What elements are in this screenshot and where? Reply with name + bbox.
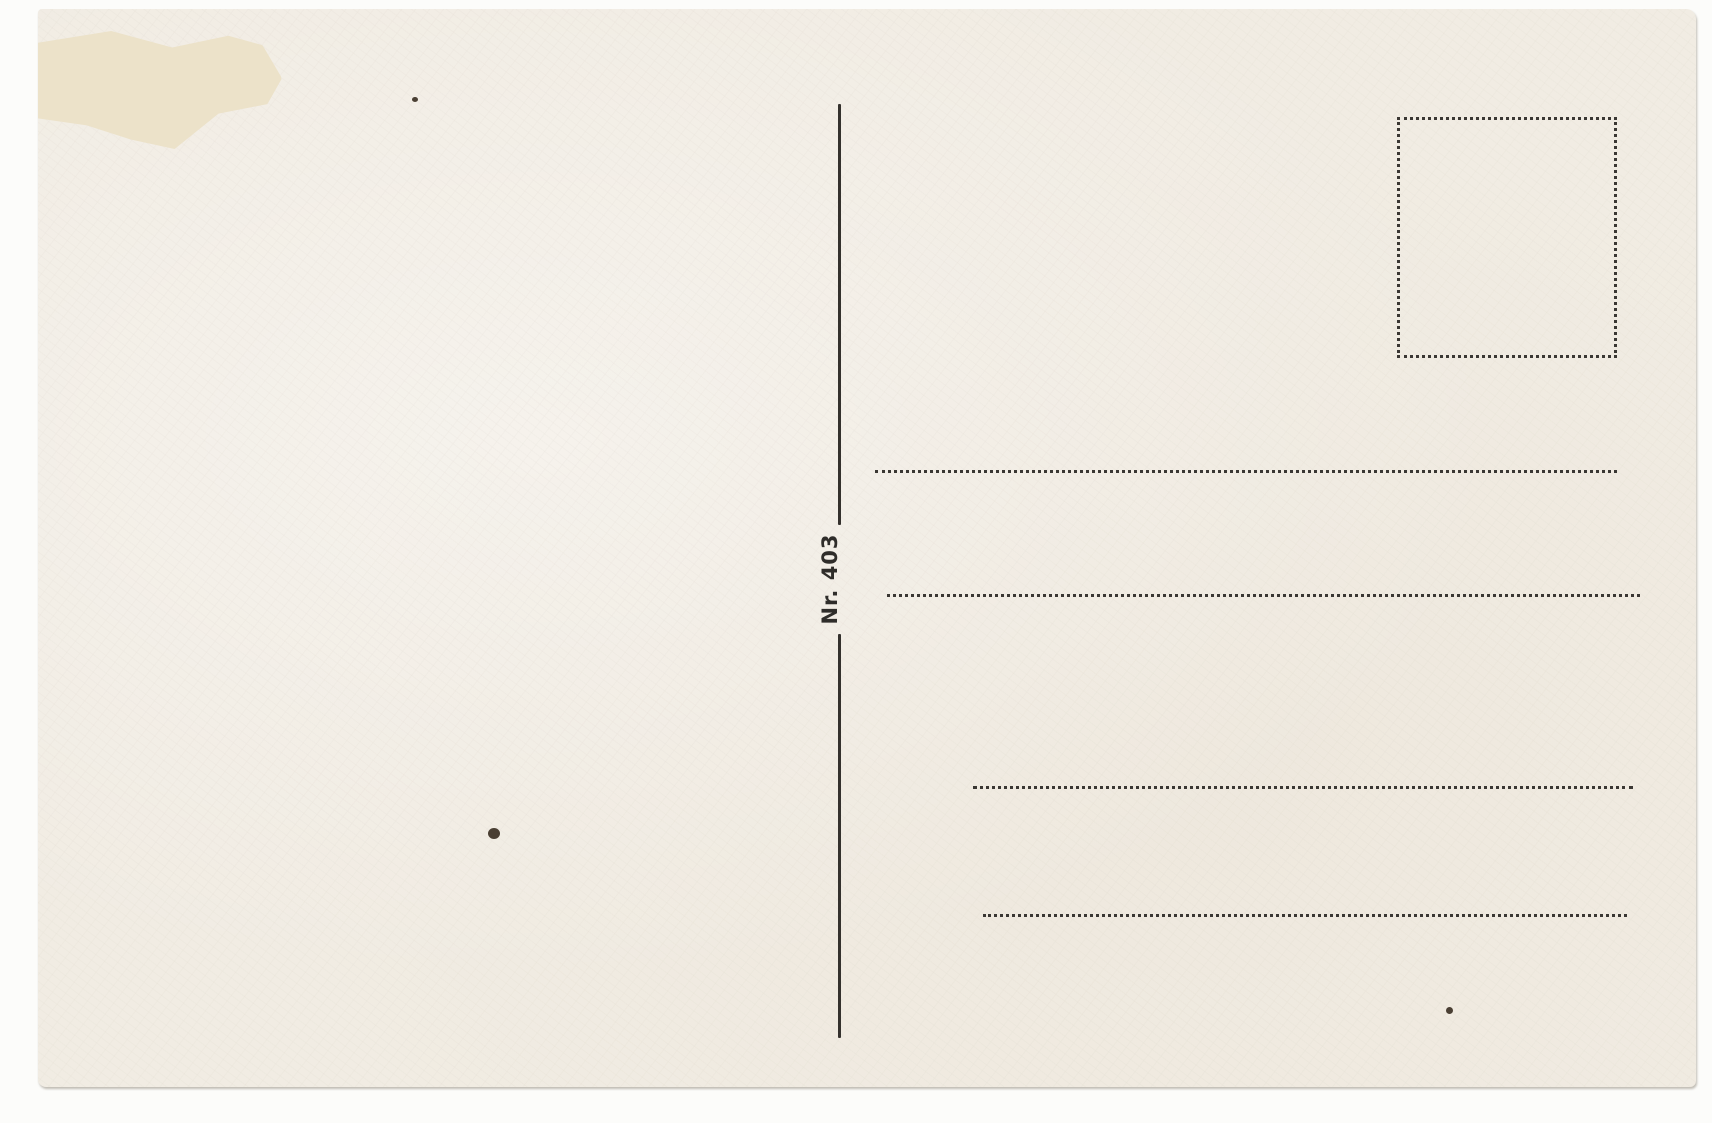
scan-background: Nr. 403 <box>0 0 1712 1123</box>
address-line-4 <box>983 914 1627 917</box>
speck-2 <box>488 828 500 839</box>
speck-3 <box>1446 1007 1453 1014</box>
stamp-box <box>1397 117 1617 358</box>
address-line-3 <box>973 786 1633 789</box>
series-number: Nr. 403 <box>818 533 842 624</box>
address-line-1 <box>875 470 1617 473</box>
postcard-back: Nr. 403 <box>38 9 1696 1087</box>
address-line-2 <box>887 594 1640 597</box>
adhesive-stain <box>38 31 282 149</box>
center-divider-bottom <box>838 634 841 1038</box>
speck-1 <box>412 97 418 102</box>
center-divider-top <box>838 104 841 525</box>
